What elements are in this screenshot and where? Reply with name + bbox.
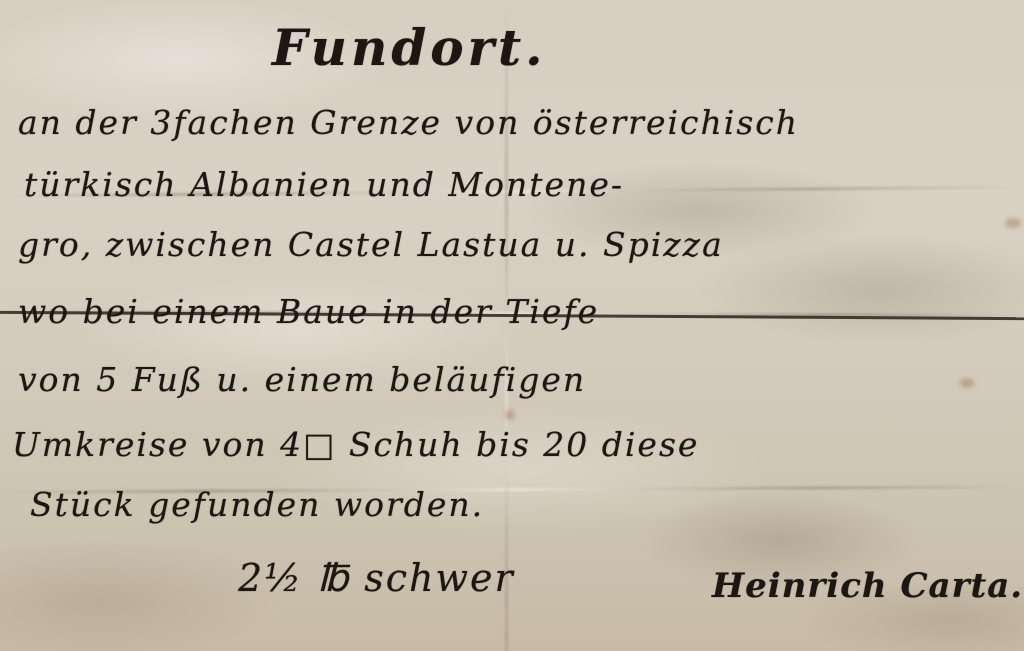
text-line-7: Stück gefunden worden. <box>30 485 484 524</box>
paper-stain <box>505 410 515 420</box>
text-line-5: von 5 Fuß u. einem beläufigen <box>18 360 586 399</box>
weight-note: 2½ ℔ schwer <box>238 556 515 600</box>
text-line-6: Umkreise von 4□ Schuh bis 20 diese <box>12 425 699 464</box>
document-paper: Fundort. an der 3fachen Grenze von öster… <box>0 0 1024 651</box>
text-line-3: gro, zwischen Castel Lastua u. Spizza <box>18 225 724 264</box>
paper-stain <box>1005 218 1021 228</box>
paper-stain <box>960 378 974 388</box>
document-title: Fundort. <box>272 18 546 77</box>
text-line-2: türkisch Albanien und Montene- <box>24 165 624 204</box>
text-line-1: an der 3fachen Grenze von österreichisch <box>18 103 799 142</box>
text-line-4: wo bei einem Baue in der Tiefe <box>18 292 599 331</box>
signature: Heinrich Carta. <box>712 566 1023 606</box>
